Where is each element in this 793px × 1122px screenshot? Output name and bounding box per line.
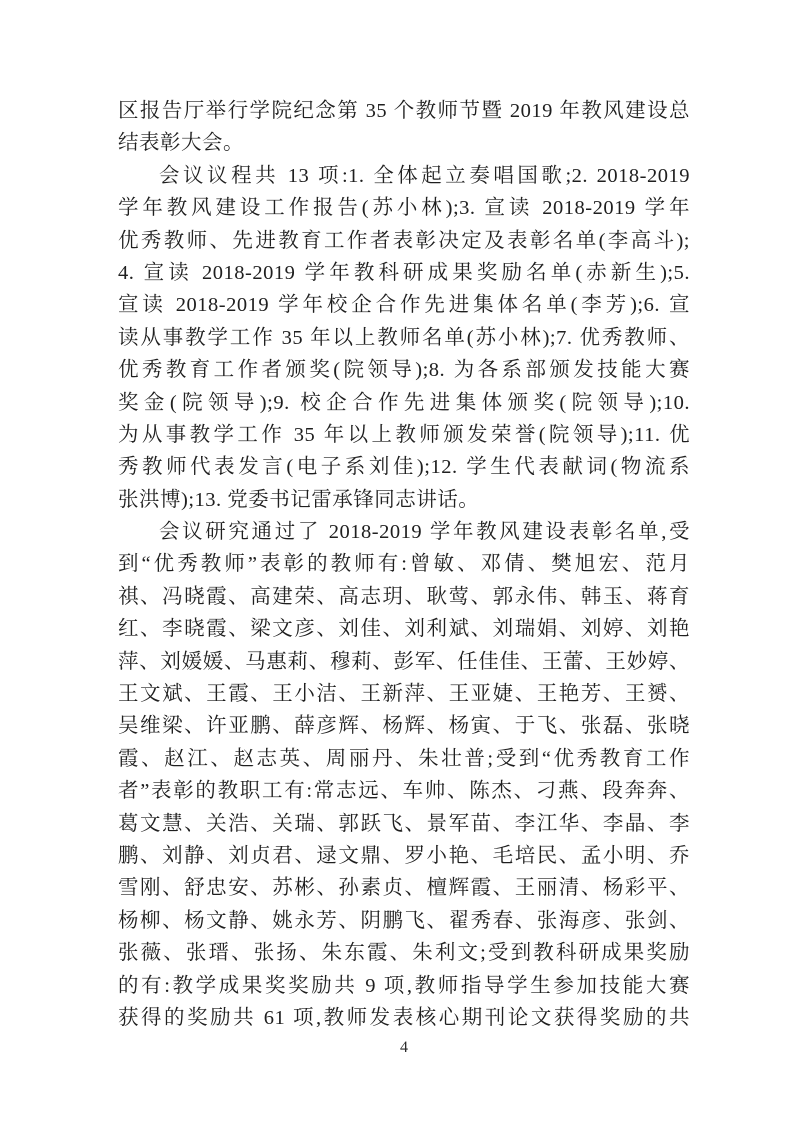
text-line: 吴维梁、许亚鹏、薛彦辉、杨辉、杨寅、于飞、张磊、张晓 [118, 710, 690, 742]
text-line: 霞、赵江、赵志英、周丽丹、朱壮普;受到“优秀教育工作 [118, 743, 690, 775]
text-line: 4. 宣读 2018-2019 学年教科研成果奖励名单(赤新生);5. [118, 257, 690, 289]
text-line: 王文斌、王霞、王小洁、王新萍、王亚婕、王艳芳、王赟、 [118, 678, 690, 710]
text-line: 祺、冯晓霞、高建荣、高志玥、耿莺、郭永伟、韩玉、蒋育 [118, 581, 690, 613]
text-line: 奖金(院领导);9. 校企合作先进集体颁奖(院领导);10. [118, 387, 690, 419]
text-line: 优秀教育工作者颁奖(院领导);8. 为各系部颁发技能大赛 [118, 354, 690, 386]
text-line: 宣读 2018-2019 学年校企合作先进集体名单(李芳);6. 宣 [118, 289, 690, 321]
text-line: 张洪博);13. 党委书记雷承锋同志讲话。 [118, 484, 690, 516]
text-line: 区报告厅举行学院纪念第 35 个教师节暨 2019 年教风建设总 [118, 95, 690, 127]
text-line: 会议研究通过了 2018-2019 学年教风建设表彰名单,受 [118, 516, 690, 548]
document-body: 区报告厅举行学院纪念第 35 个教师节暨 2019 年教风建设总结表彰大会。会议… [118, 95, 690, 1034]
text-line: 雪刚、舒忠安、苏彬、孙素贞、檀辉霞、王丽清、杨彩平、 [118, 872, 690, 904]
text-line: 的有:教学成果奖奖励共 9 项,教师指导学生参加技能大赛 [118, 970, 690, 1002]
text-line: 为从事教学工作 35 年以上教师颁发荣誉(院领导);11. 优 [118, 419, 690, 451]
text-line: 葛文慧、关浩、关瑞、郭跃飞、景军苗、李江华、李晶、李 [118, 808, 690, 840]
text-line: 鹏、刘静、刘贞君、逯文鼎、罗小艳、毛培民、孟小明、乔 [118, 840, 690, 872]
text-line: 获得的奖励共 61 项,教师发表核心期刊论文获得奖励的共 [118, 1002, 690, 1034]
text-line: 优秀教师、先进教育工作者表彰决定及表彰名单(李高斗); [118, 225, 690, 257]
text-line: 张薇、张瑨、张扬、朱东霞、朱利文;受到教科研成果奖励 [118, 937, 690, 969]
text-line: 者”表彰的教职工有:常志远、车帅、陈杰、刁燕、段奔奔、 [118, 775, 690, 807]
text-line: 读从事教学工作 35 年以上教师名单(苏小林);7. 优秀教师、 [118, 322, 690, 354]
text-line: 秀教师代表发言(电子系刘佳);12. 学生代表献词(物流系 [118, 451, 690, 483]
text-line: 学年教风建设工作报告(苏小林);3. 宣读 2018-2019 学年 [118, 192, 690, 224]
document-page: 区报告厅举行学院纪念第 35 个教师节暨 2019 年教风建设总结表彰大会。会议… [0, 0, 793, 1122]
text-line: 结表彰大会。 [118, 127, 690, 159]
text-line: 会议议程共 13 项:1. 全体起立奏唱国歌;2. 2018-2019 [118, 160, 690, 192]
text-line: 杨柳、杨文静、姚永芳、阴鹏飞、翟秀春、张海彦、张剑、 [118, 905, 690, 937]
text-line: 到“优秀教师”表彰的教师有:曾敏、邓倩、樊旭宏、范月 [118, 548, 690, 580]
text-line: 红、李晓霞、梁文彦、刘佳、刘利斌、刘瑞娟、刘婷、刘艳 [118, 613, 690, 645]
text-line: 萍、刘媛媛、马惠莉、穆莉、彭军、任佳佳、王蕾、王妙婷、 [118, 646, 690, 678]
page-number: 4 [118, 1038, 690, 1058]
